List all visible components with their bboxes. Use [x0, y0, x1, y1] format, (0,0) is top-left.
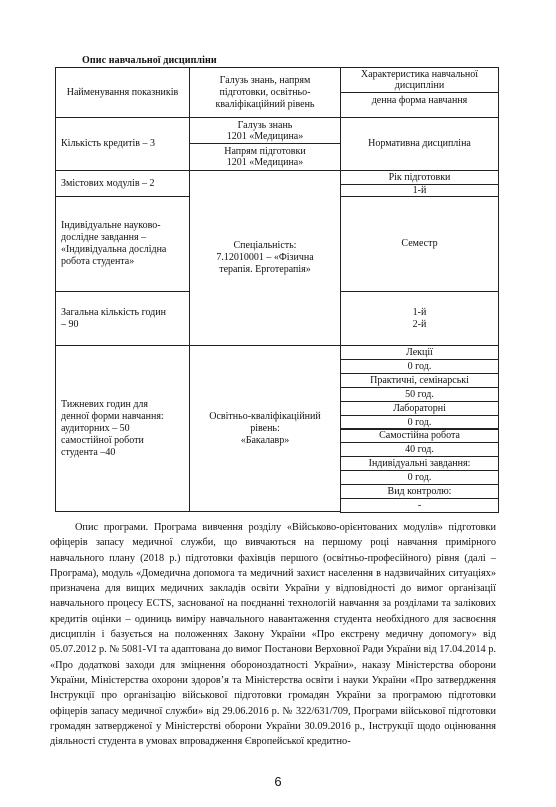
workload-detail-cell: 0 год. — [340, 470, 499, 485]
header-characteristic: Характеристика навчальної дисципліни — [340, 67, 499, 93]
semester-label-cell: Семестр — [340, 196, 499, 292]
section-title: Опис навчальної дисципліни — [82, 55, 217, 66]
workload-detail-cell: Самостійна робота — [340, 429, 499, 444]
header-study-form-text: денна форма навчання — [372, 95, 468, 107]
header-indicators-text: Найменування показників — [67, 87, 178, 99]
field-of-knowledge-text: Галузь знань 1201 «Медицина» — [227, 120, 304, 142]
workload-detail-cell: Лекції — [340, 345, 499, 360]
discipline-description-table: Найменування показників Галузь знань, на… — [55, 67, 499, 512]
qualification-level-cell: Освітньо-кваліфікаційний рівень: «Бакала… — [189, 345, 341, 512]
semester-label-text: Семестр — [401, 238, 437, 250]
workload-detail-cell: Практичні, семінарські — [340, 373, 499, 388]
individual-task-text: Індивідуальне науково- дослідне завдання… — [61, 220, 166, 268]
workload-detail-cell: 0 год. — [340, 415, 499, 430]
row-modules-label: Змістових модулів – 2 — [55, 170, 190, 197]
qualification-level-text: Освітньо-кваліфікаційний рівень: «Бакала… — [209, 411, 320, 447]
workload-detail-cell: Лабораторні — [340, 401, 499, 416]
row-weekly-hours-label: Тижневих годин для денної форми навчання… — [55, 345, 190, 512]
workload-detail-cell: - — [340, 498, 499, 513]
page-number: 6 — [0, 774, 556, 789]
weekly-hours-text: Тижневих годин для денної форми навчання… — [61, 399, 164, 459]
program-description-paragraph: Опис програми. Програма вивчення розділу… — [50, 520, 496, 749]
semester-values-cell: 1-й 2-й — [340, 291, 499, 346]
header-characteristic-text: Характеристика навчальної дисципліни — [361, 69, 478, 91]
credits-text: Кількість кредитів – 3 — [61, 138, 155, 150]
speciality-text: Спеціальність: 7.12010001 – «Фізична тер… — [216, 240, 313, 276]
document-page: Опис навчальної дисципліни Найменування … — [0, 0, 556, 807]
modules-text: Змістових модулів – 2 — [61, 178, 155, 190]
row-individual-task-label: Індивідуальне науково- дослідне завдання… — [55, 196, 190, 292]
row-total-hours-label: Загальна кількість годин – 90 — [55, 291, 190, 346]
discipline-type-cell: Нормативна дисципліна — [340, 117, 499, 171]
training-direction-cell: Напрям підготовки 1201 «Медицина» — [189, 143, 341, 171]
workload-detail-cell: 40 год. — [340, 442, 499, 457]
workload-detail-cell: Індивідуальні завдання: — [340, 456, 499, 471]
workload-detail-cell: 0 год. — [340, 359, 499, 374]
discipline-type-text: Нормативна дисципліна — [368, 138, 471, 150]
year-label-text: Рік підготовки — [389, 172, 451, 183]
field-of-knowledge-cell: Галузь знань 1201 «Медицина» — [189, 117, 341, 144]
row-credits-label: Кількість кредитів – 3 — [55, 117, 190, 171]
workload-detail-cell: Вид контролю: — [340, 484, 499, 499]
workload-detail-cell: 50 год. — [340, 387, 499, 402]
speciality-cell: Спеціальність: 7.12010001 – «Фізична тер… — [189, 170, 341, 346]
total-hours-text: Загальна кількість годин – 90 — [61, 307, 166, 331]
year-value-text: 1-й — [413, 185, 427, 196]
header-field-of-knowledge: Галузь знань, напрям підготовки, освітнь… — [189, 67, 341, 118]
header-field-text: Галузь знань, напрям підготовки, освітнь… — [216, 75, 315, 111]
header-indicators: Найменування показників — [55, 67, 190, 118]
training-direction-text: Напрям підготовки 1201 «Медицина» — [224, 146, 305, 168]
year-label-cell: Рік підготовки — [340, 170, 499, 185]
header-study-form: денна форма навчання — [340, 92, 499, 118]
semester-values-text: 1-й 2-й — [413, 307, 427, 331]
